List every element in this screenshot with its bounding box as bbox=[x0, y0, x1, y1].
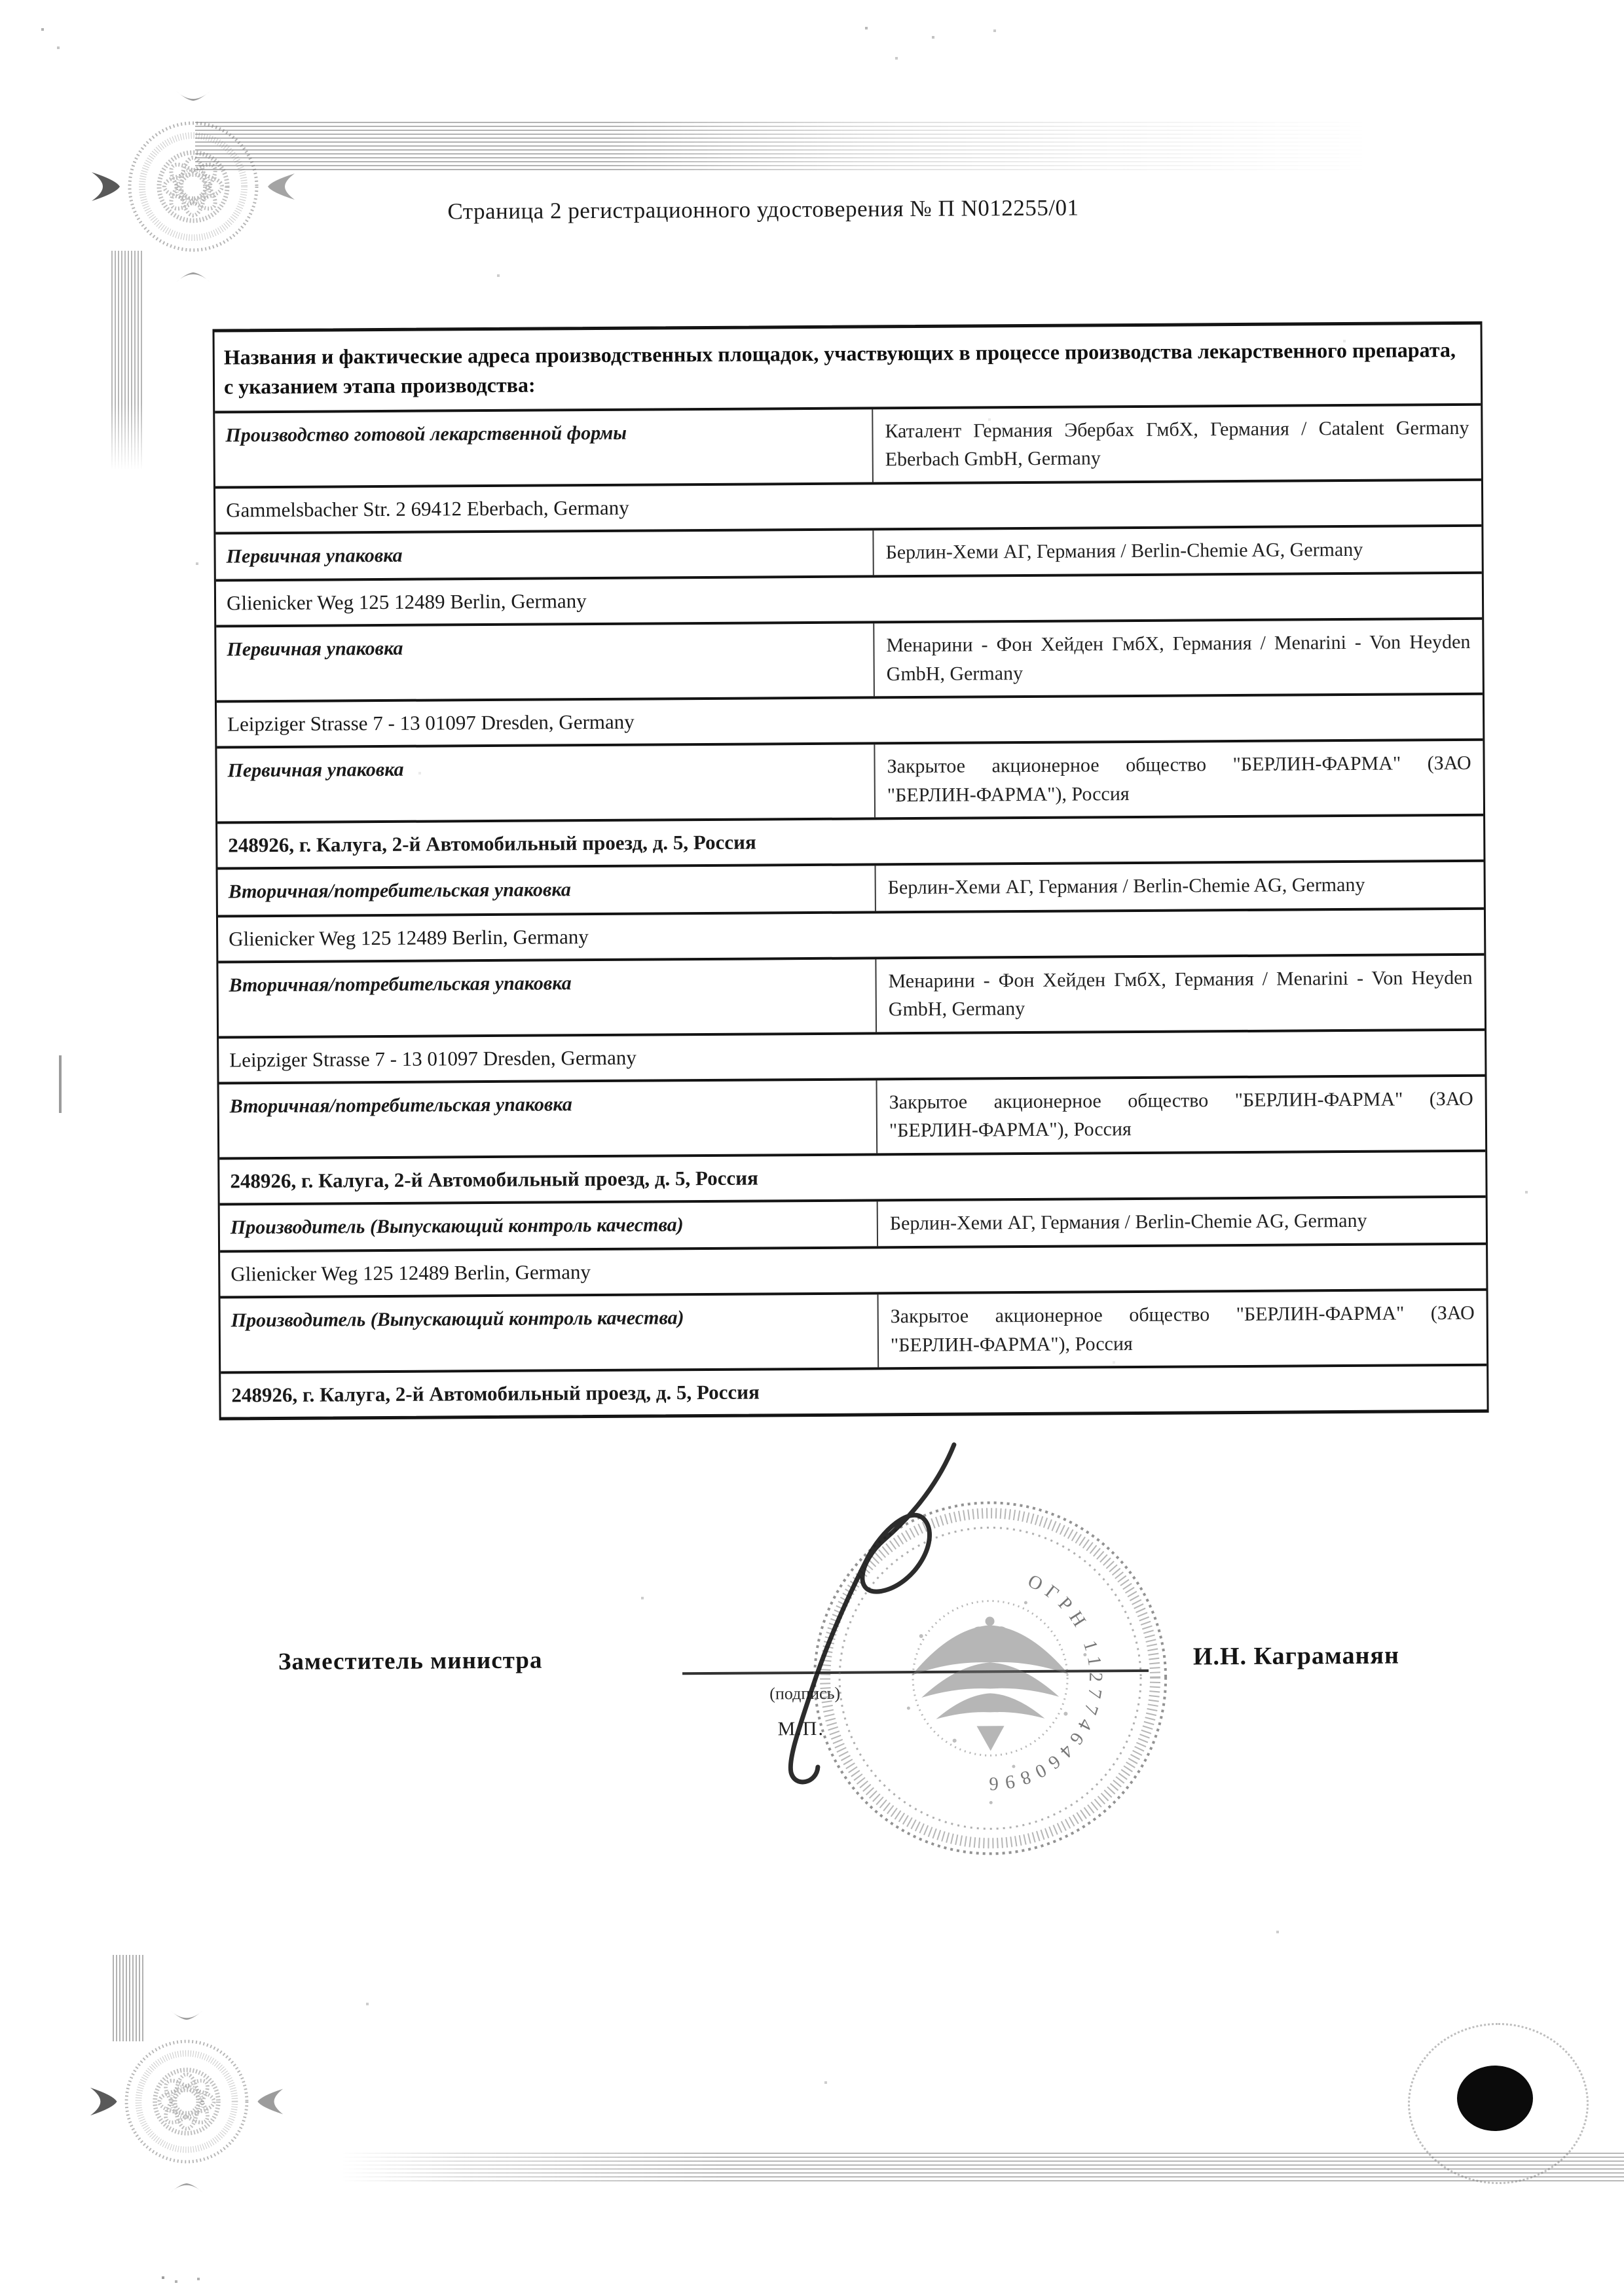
table-row-address: Glienicker Weg 125 12489 Berlin, Germany bbox=[216, 572, 1482, 625]
signer-role-label: Заместитель министра bbox=[278, 1647, 543, 1676]
address-value: Leipziger Strasse 7 - 13 01097 Dresden, … bbox=[219, 1030, 1485, 1082]
table-title: Названия и фактические адреса производст… bbox=[215, 325, 1481, 410]
manufacturer-value: Закрытое акционерное общество "БЕРЛИН-ФА… bbox=[874, 741, 1483, 818]
stage-label: Производство готовой лекарственной формы bbox=[215, 409, 872, 486]
manufacturer-value: Берлин-Хеми АГ, Германия / Berlin-Chemie… bbox=[875, 862, 1484, 911]
signature-stroke bbox=[788, 1445, 956, 1782]
stage-label: Вторичная/потребительская упаковка bbox=[218, 959, 876, 1036]
address-value: Gammelsbacher Str. 2 69412 Eberbach, Ger… bbox=[215, 481, 1481, 532]
table-row-address: Glienicker Weg 125 12489 Berlin, Germany bbox=[218, 907, 1484, 960]
stage-label: Первичная упаковка bbox=[217, 745, 874, 822]
table-row-address: 248926, г. Калуга, 2-й Автомобильный про… bbox=[219, 1149, 1485, 1203]
manufacturer-value: Каталент Германия Эбербах ГмбХ, Германия… bbox=[872, 405, 1481, 482]
table-row-stage: Первичная упаковкаБерлин-Хеми АГ, Герман… bbox=[215, 524, 1481, 579]
table-row-address: Glienicker Weg 125 12489 Berlin, Germany bbox=[220, 1243, 1486, 1296]
manufacturer-value: Закрытое акционерное общество "БЕРЛИН-ФА… bbox=[877, 1291, 1487, 1368]
address-value: Glienicker Weg 125 12489 Berlin, Germany bbox=[218, 909, 1484, 960]
scanned-page-content: Страница 2 регистрационного удостоверени… bbox=[0, 0, 1624, 2296]
stage-label: Производитель (Выпускающий контроль каче… bbox=[220, 1201, 877, 1250]
table-row-stage: Первичная упаковкаМенарини - Фон Хейден … bbox=[216, 617, 1483, 701]
table-row-address: 248926, г. Калуга, 2-й Автомобильный про… bbox=[217, 814, 1483, 867]
page-header: Страница 2 регистрационного удостоверени… bbox=[447, 193, 1364, 225]
stage-label: Первичная упаковка bbox=[216, 624, 874, 701]
stage-label: Вторичная/потребительская упаковка bbox=[218, 866, 875, 915]
table-row-address: Leipziger Strasse 7 - 13 01097 Dresden, … bbox=[217, 693, 1483, 746]
address-value: 248926, г. Калуга, 2-й Автомобильный про… bbox=[217, 816, 1483, 867]
stage-label: Вторичная/потребительская упаковка bbox=[219, 1080, 877, 1157]
table-row-stage: Вторичная/потребительская упаковкаМенари… bbox=[218, 953, 1485, 1036]
table-rows: Производство готовой лекарственной формы… bbox=[215, 403, 1486, 1417]
stage-label: Первичная упаковка bbox=[215, 530, 872, 579]
table-row-stage: Производитель (Выпускающий контроль каче… bbox=[220, 1195, 1486, 1250]
table-row-stage: Вторичная/потребительская упаковкаБерлин… bbox=[218, 860, 1484, 915]
address-value: Glienicker Weg 125 12489 Berlin, Germany bbox=[216, 574, 1482, 625]
manufacturer-value: Берлин-Хеми АГ, Германия / Berlin-Chemie… bbox=[877, 1197, 1486, 1246]
address-value: 248926, г. Калуга, 2-й Автомобильный про… bbox=[219, 1152, 1485, 1203]
table-row-stage: Первичная упаковкаЗакрытое акционерное о… bbox=[217, 738, 1483, 822]
address-value: Glienicker Weg 125 12489 Berlin, Germany bbox=[220, 1245, 1486, 1296]
manufacturer-value: Менарини - Фон Хейден ГмбХ, Германия / M… bbox=[875, 955, 1485, 1032]
stage-label: Производитель (Выпускающий контроль каче… bbox=[221, 1294, 878, 1371]
official-round-seal: ОГРН 1127746460896 bbox=[710, 1398, 1237, 1873]
table-row-address: Gammelsbacher Str. 2 69412 Eberbach, Ger… bbox=[215, 478, 1481, 532]
table-row-stage: Производитель (Выпускающий контроль каче… bbox=[221, 1288, 1487, 1372]
table-row-stage: Производство готовой лекарственной формы… bbox=[215, 403, 1481, 486]
scan-noise-specks bbox=[0, 0, 1, 1]
table-row-address: Leipziger Strasse 7 - 13 01097 Dresden, … bbox=[219, 1028, 1485, 1082]
manufacturer-value: Закрытое акционерное общество "БЕРЛИН-ФА… bbox=[876, 1076, 1486, 1153]
manufacturer-value: Менарини - Фон Хейден ГмбХ, Германия / M… bbox=[873, 620, 1483, 697]
production-sites-table: Названия и фактические адреса производст… bbox=[212, 321, 1488, 1421]
address-value: Leipziger Strasse 7 - 13 01097 Dresden, … bbox=[217, 695, 1483, 746]
table-row-stage: Вторичная/потребительская упаковкаЗакрыт… bbox=[219, 1074, 1486, 1157]
manufacturer-value: Берлин-Хеми АГ, Германия / Berlin-Chemie… bbox=[872, 526, 1481, 575]
